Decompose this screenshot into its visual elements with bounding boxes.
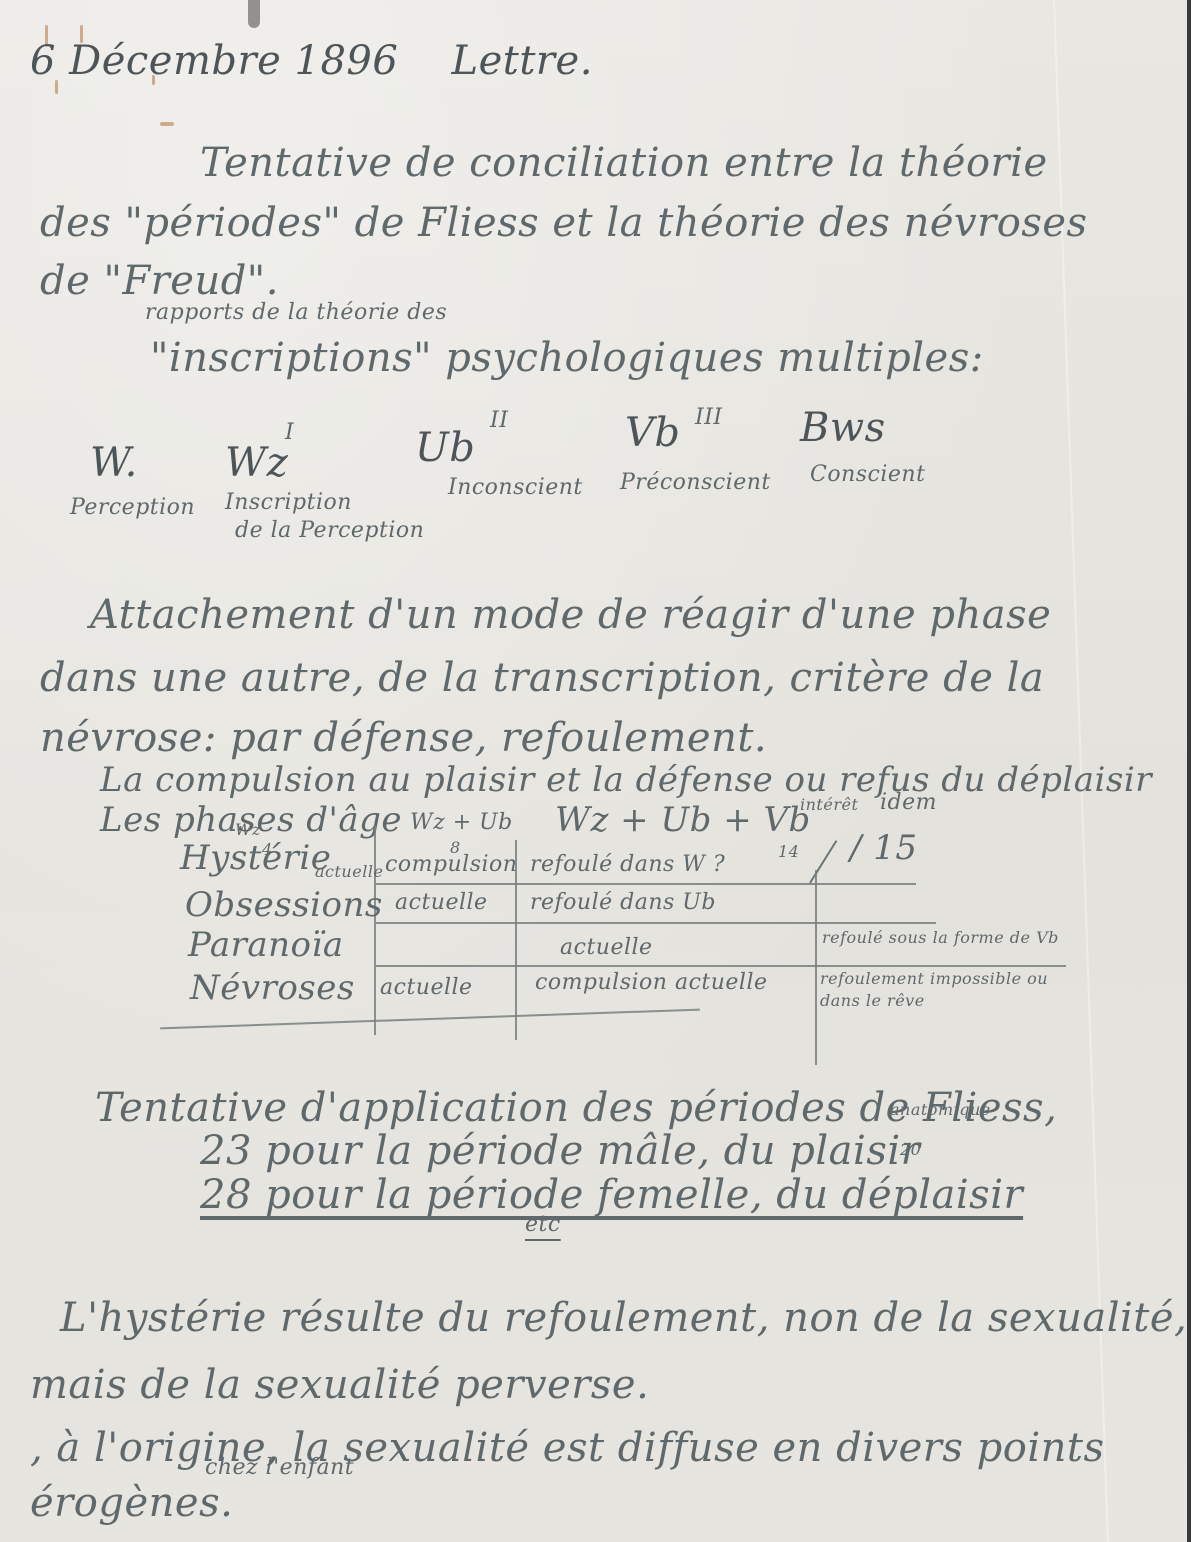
paper-tear	[248, 0, 260, 28]
system-superscript: II	[490, 408, 508, 433]
system-caption-2: de la Perception	[235, 518, 424, 543]
table-header: Wz + Ub + Vb	[555, 800, 811, 840]
paragraph-3-insert: chez l'enfant	[205, 1455, 354, 1480]
table-header-sub: 14	[778, 842, 799, 861]
page-edge	[1187, 0, 1191, 1542]
date-line: 6 Décembre 1896 Lettre.	[30, 38, 593, 84]
table-cell: refoulement impossible ou dans le rêve	[820, 968, 1080, 1012]
table-header: Wz	[235, 820, 261, 839]
manuscript-page: 6 Décembre 1896 Lettre. Tentative de con…	[0, 0, 1191, 1542]
system-caption: Conscient	[810, 462, 925, 487]
table-row-note: actuelle	[315, 862, 383, 881]
table-divider	[815, 870, 817, 1065]
rust-stain	[160, 122, 174, 126]
table-row-label: Paranoïa	[188, 925, 344, 965]
system-superscript: I	[285, 420, 294, 445]
paragraph-1-line-3: névrose: par défense, refoulement.	[40, 715, 767, 761]
system-symbol: Ub	[415, 425, 475, 471]
subheading-insert: rapports de la théorie des	[145, 300, 447, 325]
title-line-2: des "périodes" de Fliess et la théorie d…	[40, 200, 1088, 246]
title-line-3: de "Freud".	[40, 258, 279, 304]
table-cell: actuelle	[380, 975, 473, 1000]
paragraph-2-etc: etc	[525, 1212, 561, 1237]
table-rule	[376, 883, 916, 885]
paragraph-2-line-3: 28 pour la période femelle, du déplaisir	[200, 1172, 1023, 1218]
paragraph-3-line-1: L'hystérie résulte du refoulement, non d…	[60, 1295, 1187, 1341]
table-rule	[376, 965, 1066, 967]
header-date: 6 Décembre 1896	[30, 38, 398, 84]
paragraph-2-insert: anatomique	[890, 1100, 991, 1119]
table-row-label: Névroses	[190, 968, 355, 1008]
system-symbol: Bws	[800, 405, 886, 451]
table-cell: compulsion	[385, 852, 517, 877]
system-symbol: W.	[90, 440, 138, 486]
table-rule	[376, 922, 936, 924]
system-superscript: III	[695, 405, 723, 430]
paragraph-3-line-4: érogènes.	[30, 1480, 233, 1526]
system-caption: Inscription	[225, 490, 352, 515]
table-cell: actuelle	[560, 935, 653, 960]
table-cell: compulsion actuelle	[535, 970, 768, 995]
table-cell: refoulé dans W ?	[530, 852, 725, 877]
table-header: Wz + Ub	[410, 810, 513, 835]
subheading-line: "inscriptions" psychologiques multiples:	[150, 335, 984, 381]
paragraph-1-side-note: idem	[880, 790, 937, 815]
paragraph-2-insert: 20	[900, 1140, 921, 1159]
paragraph-3-line-2: mais de la sexualité perverse.	[30, 1362, 649, 1408]
system-symbol: Vb	[625, 410, 681, 456]
table-rule	[160, 1009, 700, 1030]
paragraph-1-note: La compulsion au plaisir et la défense o…	[100, 760, 1152, 800]
table-row-label: Hystérie	[180, 838, 331, 878]
header-label: Lettre.	[452, 38, 593, 84]
system-caption: Perception	[70, 495, 195, 520]
table-cell: actuelle	[395, 890, 488, 915]
paragraph-3-line-3: , à l'origine, la sexualité est diffuse …	[30, 1425, 1105, 1471]
table-header: / 15	[850, 828, 918, 868]
title-line-1: Tentative de conciliation entre la théor…	[200, 140, 1048, 186]
paragraph-1-line-2: dans une autre, de la transcription, cri…	[40, 655, 1044, 701]
table-row-label: Obsessions	[185, 885, 383, 925]
table-cell: refoulé dans Ub	[530, 890, 716, 915]
table-cell: refoulé sous la forme de Vb	[822, 928, 1059, 947]
system-caption: Préconscient	[620, 470, 771, 495]
system-caption: Inconscient	[448, 475, 583, 500]
table-divider	[374, 825, 376, 1035]
system-symbol: Wz	[225, 440, 288, 486]
paragraph-1-line-1: Attachement d'un mode de réagir d'une ph…	[90, 592, 1051, 638]
paragraph-2-line-2: 23 pour la période mâle, du plaisir	[200, 1128, 920, 1174]
slash-mark	[809, 840, 837, 883]
